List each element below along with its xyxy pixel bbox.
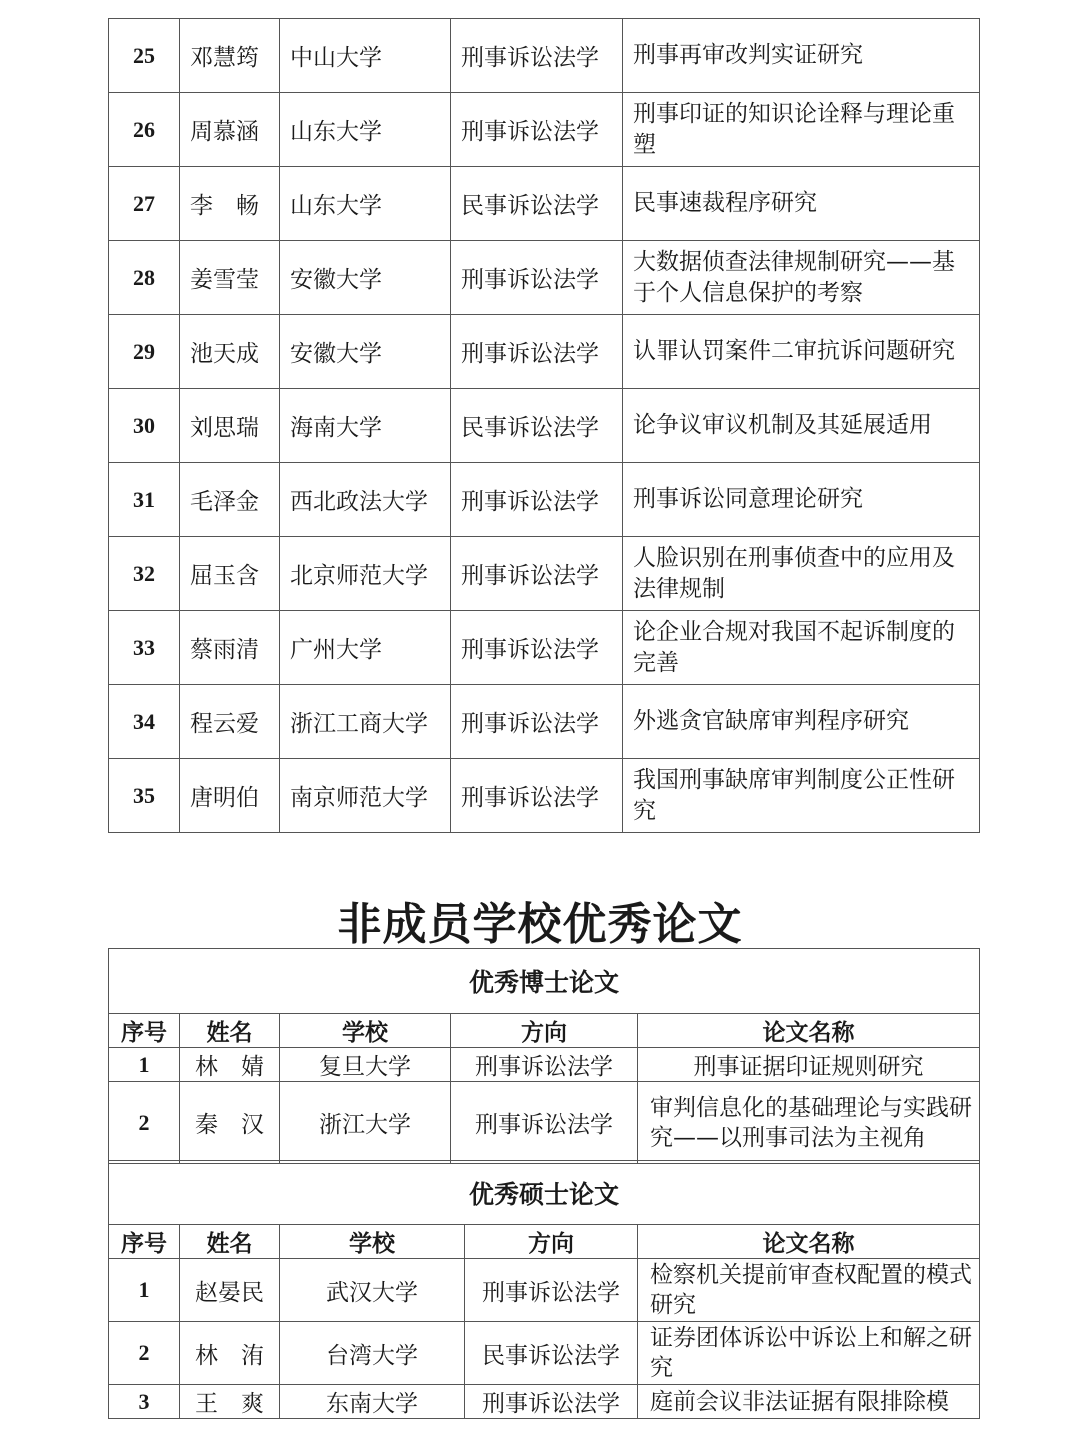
col-header-name: 姓名 — [180, 1225, 280, 1259]
table-row: 32 屈玉含 北京师范大学 刑事诉讼法学 人脸识别在刑事侦查中的应用及法律规制 — [109, 537, 980, 611]
thesis-title: 我国刑事缺席审判制度公正性研究 — [623, 759, 980, 833]
student-name: 姜雪莹 — [180, 241, 280, 315]
student-name: 周慕涵 — [180, 93, 280, 167]
student-name: 赵晏民 — [180, 1259, 280, 1322]
student-name: 屈玉含 — [180, 537, 280, 611]
direction: 民事诉讼法学 — [451, 167, 623, 241]
row-number: 29 — [109, 315, 180, 389]
row-number: 2 — [109, 1082, 180, 1164]
col-header-direction: 方向 — [451, 1014, 638, 1048]
student-name: 毛泽金 — [180, 463, 280, 537]
school-name: 浙江工商大学 — [280, 685, 451, 759]
student-name: 刘思瑞 — [180, 389, 280, 463]
col-header-title: 论文名称 — [638, 1014, 980, 1048]
column-header-row: 序号 姓名 学校 方向 论文名称 — [109, 1225, 980, 1259]
thesis-title: 人脸识别在刑事侦查中的应用及法律规制 — [623, 537, 980, 611]
row-number: 1 — [109, 1259, 180, 1322]
thesis-title: 刑事诉讼同意理论研究 — [623, 463, 980, 537]
school-name: 台湾大学 — [280, 1322, 465, 1385]
table-row: 1 林 婧 复旦大学 刑事诉讼法学 刑事证据印证规则研究 — [109, 1048, 980, 1082]
col-header-direction: 方向 — [465, 1225, 638, 1259]
row-number: 35 — [109, 759, 180, 833]
table-row: 29 池天成 安徽大学 刑事诉讼法学 认罪认罚案件二审抗诉问题研究 — [109, 315, 980, 389]
row-number: 26 — [109, 93, 180, 167]
school-name: 山东大学 — [280, 167, 451, 241]
school-name: 海南大学 — [280, 389, 451, 463]
student-name: 池天成 — [180, 315, 280, 389]
table-row: 27 李 畅 山东大学 民事诉讼法学 民事速裁程序研究 — [109, 167, 980, 241]
student-name: 秦 汉 — [180, 1082, 280, 1164]
row-number: 33 — [109, 611, 180, 685]
school-name: 广州大学 — [280, 611, 451, 685]
thesis-title: 刑事印证的知识论诠释与理论重塑 — [623, 93, 980, 167]
thesis-title: 论争议审议机制及其延展适用 — [623, 389, 980, 463]
direction: 刑事诉讼法学 — [451, 1048, 638, 1082]
school-name: 西北政法大学 — [280, 463, 451, 537]
table-row: 25 邓慧筠 中山大学 刑事诉讼法学 刑事再审改判实证研究 — [109, 19, 980, 93]
school-name: 安徽大学 — [280, 315, 451, 389]
col-header-no: 序号 — [109, 1014, 180, 1048]
student-name: 蔡雨清 — [180, 611, 280, 685]
student-name: 王 爽 — [180, 1385, 280, 1419]
master-heading: 优秀硕士论文 — [109, 1161, 980, 1225]
table-row: 33 蔡雨清 广州大学 刑事诉讼法学 论企业合规对我国不起诉制度的完善 — [109, 611, 980, 685]
group-heading-row: 优秀博士论文 — [109, 949, 980, 1014]
table-row: 35 唐明伯 南京师范大学 刑事诉讼法学 我国刑事缺席审判制度公正性研究 — [109, 759, 980, 833]
row-number: 32 — [109, 537, 180, 611]
thesis-title: 外逃贪官缺席审判程序研究 — [623, 685, 980, 759]
direction: 刑事诉讼法学 — [465, 1259, 638, 1322]
table-row: 31 毛泽金 西北政法大学 刑事诉讼法学 刑事诉讼同意理论研究 — [109, 463, 980, 537]
direction: 刑事诉讼法学 — [451, 685, 623, 759]
direction: 刑事诉讼法学 — [451, 19, 623, 93]
table-row: 1 赵晏民 武汉大学 刑事诉讼法学 检察机关提前审查权配置的模式研究 — [109, 1259, 980, 1322]
thesis-title: 证券团体诉讼中诉讼上和解之研究 — [638, 1322, 980, 1385]
thesis-title: 检察机关提前审查权配置的模式研究 — [638, 1259, 980, 1322]
thesis-title: 大数据侦查法律规制研究——基于个人信息保护的考察 — [623, 241, 980, 315]
direction: 刑事诉讼法学 — [451, 93, 623, 167]
col-header-school: 学校 — [280, 1014, 451, 1048]
school-name: 山东大学 — [280, 93, 451, 167]
student-name: 林 婧 — [180, 1048, 280, 1082]
thesis-title: 刑事证据印证规则研究 — [638, 1048, 980, 1082]
row-number: 31 — [109, 463, 180, 537]
student-name: 唐明伯 — [180, 759, 280, 833]
table-row: 34 程云爱 浙江工商大学 刑事诉讼法学 外逃贪官缺席审判程序研究 — [109, 685, 980, 759]
table-row: 2 秦 汉 浙江大学 刑事诉讼法学 审判信息化的基础理论与实践研究——以刑事司法… — [109, 1082, 980, 1164]
phd-award-table: 优秀博士论文 序号 姓名 学校 方向 论文名称 1 林 婧 复旦大学 刑事诉讼法… — [108, 948, 980, 1164]
col-header-school: 学校 — [280, 1225, 465, 1259]
school-name: 安徽大学 — [280, 241, 451, 315]
table-row: 30 刘思瑞 海南大学 民事诉讼法学 论争议审议机制及其延展适用 — [109, 389, 980, 463]
school-name: 北京师范大学 — [280, 537, 451, 611]
row-number: 25 — [109, 19, 180, 93]
thesis-title: 刑事再审改判实证研究 — [623, 19, 980, 93]
school-name: 中山大学 — [280, 19, 451, 93]
phd-heading: 优秀博士论文 — [109, 949, 980, 1014]
thesis-title: 认罪认罚案件二审抗诉问题研究 — [623, 315, 980, 389]
school-name: 南京师范大学 — [280, 759, 451, 833]
direction: 刑事诉讼法学 — [451, 241, 623, 315]
column-header-row: 序号 姓名 学校 方向 论文名称 — [109, 1014, 980, 1048]
section-title: 非成员学校优秀论文 — [0, 888, 1080, 952]
school-name: 浙江大学 — [280, 1082, 451, 1164]
table-row: 28 姜雪莹 安徽大学 刑事诉讼法学 大数据侦查法律规制研究——基于个人信息保护… — [109, 241, 980, 315]
direction: 刑事诉讼法学 — [451, 1082, 638, 1164]
direction: 刑事诉讼法学 — [451, 759, 623, 833]
school-name: 复旦大学 — [280, 1048, 451, 1082]
direction: 刑事诉讼法学 — [451, 537, 623, 611]
student-name: 邓慧筠 — [180, 19, 280, 93]
student-name: 李 畅 — [180, 167, 280, 241]
school-name: 东南大学 — [280, 1385, 465, 1419]
direction: 刑事诉讼法学 — [451, 611, 623, 685]
table-row: 3 王 爽 东南大学 刑事诉讼法学 庭前会议非法证据有限排除模 — [109, 1385, 980, 1419]
row-number: 1 — [109, 1048, 180, 1082]
thesis-title: 庭前会议非法证据有限排除模 — [638, 1385, 980, 1419]
thesis-title: 审判信息化的基础理论与实践研究——以刑事司法为主视角 — [638, 1082, 980, 1164]
master-award-table: 优秀硕士论文 序号 姓名 学校 方向 论文名称 1 赵晏民 武汉大学 刑事诉讼法… — [108, 1160, 980, 1419]
table-row: 2 林 洧 台湾大学 民事诉讼法学 证券团体诉讼中诉讼上和解之研究 — [109, 1322, 980, 1385]
student-name: 林 洧 — [180, 1322, 280, 1385]
thesis-title: 民事速裁程序研究 — [623, 167, 980, 241]
main-award-table: 25 邓慧筠 中山大学 刑事诉讼法学 刑事再审改判实证研究 26 周慕涵 山东大… — [108, 18, 980, 833]
row-number: 30 — [109, 389, 180, 463]
row-number: 28 — [109, 241, 180, 315]
table-row: 26 周慕涵 山东大学 刑事诉讼法学 刑事印证的知识论诠释与理论重塑 — [109, 93, 980, 167]
direction: 刑事诉讼法学 — [451, 315, 623, 389]
direction: 民事诉讼法学 — [451, 389, 623, 463]
direction: 民事诉讼法学 — [465, 1322, 638, 1385]
row-number: 34 — [109, 685, 180, 759]
col-header-title: 论文名称 — [638, 1225, 980, 1259]
direction: 刑事诉讼法学 — [465, 1385, 638, 1419]
col-header-no: 序号 — [109, 1225, 180, 1259]
row-number: 3 — [109, 1385, 180, 1419]
row-number: 2 — [109, 1322, 180, 1385]
group-heading-row: 优秀硕士论文 — [109, 1161, 980, 1225]
direction: 刑事诉讼法学 — [451, 463, 623, 537]
col-header-name: 姓名 — [180, 1014, 280, 1048]
student-name: 程云爱 — [180, 685, 280, 759]
thesis-title: 论企业合规对我国不起诉制度的完善 — [623, 611, 980, 685]
row-number: 27 — [109, 167, 180, 241]
school-name: 武汉大学 — [280, 1259, 465, 1322]
